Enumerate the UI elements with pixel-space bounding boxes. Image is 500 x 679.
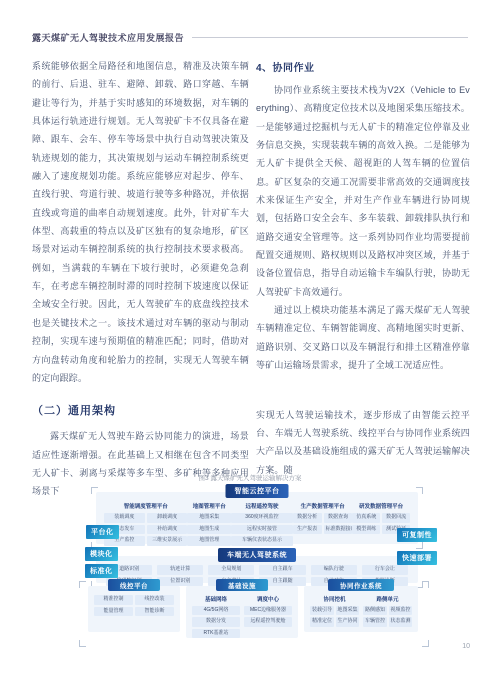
- diagram-item: 仿真系统: [352, 513, 380, 523]
- diagram-item: 地图采集: [187, 513, 231, 523]
- diagram-item: 能量管理: [94, 607, 133, 617]
- cloud-column-production-data: 生产数据管理平台 数据分析数据查询生产报表标准数据接口: [293, 502, 353, 546]
- column-title: 地图管理平台: [187, 502, 231, 510]
- coop-excavator-group: 协同挖机 装载引导地图采集精准定位生产协同: [310, 595, 359, 627]
- diagram-item: 三维实景展示: [147, 536, 188, 546]
- corner-bracket: [422, 640, 429, 647]
- column-items: 数据分析数据查询生产报表标准数据接口: [293, 513, 353, 534]
- diagram-item: 地图管理: [187, 536, 231, 546]
- diagram-item: 车辆仪表状态显示: [231, 536, 293, 546]
- corner-bracket: [416, 487, 423, 494]
- column-title: 生产数据管理平台: [293, 502, 353, 510]
- diagram-item: 远程实时接管: [231, 525, 293, 535]
- group-items: 路侧感知视频监控车辆管控状态监测: [363, 606, 412, 627]
- diagram-item: 行车会让: [362, 565, 408, 575]
- wire-control-title: 线控平台: [108, 579, 160, 591]
- diagram-item: 位置识别: [157, 577, 203, 587]
- section-heading-general-architecture: （二）通用架构: [32, 402, 249, 418]
- infrastructure-network-group: 基础网络 4G/5G网络数据分发RTK基准站: [192, 595, 240, 638]
- diagram-item: 360度环视监控: [231, 513, 293, 523]
- corner-bracket: [79, 581, 86, 588]
- cloud-platform-title: 智能云控平台: [226, 484, 289, 498]
- badge-standardization: 标准化: [85, 564, 118, 578]
- diagram-item: 编队行驶: [311, 565, 357, 575]
- column-items: 360度环视监控远程实时接管车辆仪表状态显示: [231, 513, 293, 546]
- corner-bracket: [91, 487, 98, 494]
- coop-roadside-unit-group: 路侧单元 路侧感知视频监控车辆管控状态监测: [363, 595, 412, 627]
- group-items: 4G/5G网络数据分发RTK基准站: [192, 606, 240, 639]
- diagram-item: RTK基准站: [192, 629, 240, 639]
- diagram-item: 装载调度: [104, 513, 145, 523]
- group-title: 协同挖机: [310, 595, 359, 603]
- vehicle-system-title: 车端无人驾驶系统: [218, 548, 296, 562]
- corner-bracket: [416, 542, 423, 549]
- group-title: 调度中心: [244, 595, 292, 603]
- badge-platformization: 平台化: [86, 525, 119, 539]
- diagram-item: 轨迹计算: [157, 565, 203, 575]
- paragraph-solution-formation: 实现无人驾驶运输技术，逐步形成了由智能云控平台、车端无人驾驶系统、线控平台与协同…: [256, 406, 470, 479]
- infrastructure-dispatch-center-group: 调度中心 MEC边缘服务器远程遥控驾驶舱: [244, 595, 292, 638]
- badge-rapid-deployment: 快速部署: [397, 551, 437, 565]
- report-title: 露天煤矿无人驾驶技术应用发展报告: [32, 31, 184, 44]
- bottom-row: 线控平台 精准控制线控改装能量管理智能诊断 基础设施 基础网络 4G/5G网络数…: [84, 586, 424, 642]
- group-items: 装载引导地图采集精准定位生产协同: [310, 606, 359, 627]
- diagram-item: 生产协同: [336, 617, 360, 627]
- group-title: 路侧单元: [363, 595, 412, 603]
- wire-control-panel: 线控平台 精准控制线控改装能量管理智能诊断: [88, 586, 180, 632]
- diagram-item: 精准控制: [94, 595, 133, 605]
- group-items: MEC边缘服务器远程遥控驾驶舱: [244, 606, 292, 627]
- column-items: 地图采集地图生成地图管理: [187, 513, 231, 546]
- diagram-item: MEC边缘服务器: [244, 606, 292, 616]
- diagram-item: 远程遥控驾驶舱: [244, 617, 292, 627]
- diagram-item: 精准定位: [310, 617, 334, 627]
- wire-control-items: 精准控制线控改装能量管理智能诊断: [94, 595, 174, 616]
- cloud-platform-columns: 智能调度管理平台 装载调度卸载调度动态发车补给调度生产监控三维实景展示 地图管理…: [96, 492, 418, 550]
- diagram-item: 模型训练: [352, 525, 380, 535]
- badge-replicability: 可复制性: [397, 528, 437, 542]
- header-rule: [192, 37, 468, 38]
- badge-modularization: 模块化: [85, 547, 118, 561]
- diagram-item: 补给调度: [147, 525, 188, 535]
- paragraph-architecture-intro: 露天煤矿无人驾驶车路云协同能力的演进，场景适应性逐渐增强。在此基础上又相继在包含…: [32, 427, 249, 500]
- diagram-item: 4G/5G网络: [192, 606, 240, 616]
- group-title: 基础网络: [192, 595, 240, 603]
- diagram-item: 数据分发: [192, 617, 240, 627]
- corner-bracket: [422, 581, 429, 588]
- diagram-item: 数据分析: [293, 513, 322, 523]
- diagram-item: 车辆管控: [363, 617, 387, 627]
- diagram-item: 生产报表: [293, 525, 322, 535]
- diagram-item: 自主跟车: [259, 565, 305, 575]
- paragraph-module-summary: 通过以上模块功能基本满足了露天煤矿无人驾驶车辆精准定位、车辆智能调度、高精地图实…: [256, 301, 470, 374]
- diagram-item: 智能诊断: [135, 607, 174, 617]
- paragraph-vehicle-control: 系统能够依据全局路径和地图信息，精准及决策车辆的前行、后退、驻车、避障、卸载、路…: [32, 57, 249, 387]
- diagram-item: 标准数据接口: [324, 525, 353, 535]
- column-title: 研发数据管理平台: [352, 502, 410, 510]
- diagram-item: 状态监测: [389, 617, 413, 627]
- diagram-item: 路侧感知: [363, 606, 387, 616]
- page-number: 10: [462, 643, 470, 650]
- diagram-item: 线控改装: [135, 595, 174, 605]
- paragraph-collaborative-operation: 协同作业系统主要技术栈为V2X（Vehicle to Everything）、高…: [256, 81, 470, 301]
- infrastructure-title: 基础设施: [216, 579, 268, 591]
- left-column: 系统能够依据全局路径和地图信息，精准及决策车辆的前行、后退、驻车、避障、卸载、路…: [32, 57, 249, 501]
- diagram-item: 数据回流: [382, 513, 410, 523]
- document-page: 露天煤矿无人驾驶技术应用发展报告 系统能够依据全局路径和地图信息，精准及决策车辆…: [0, 0, 500, 679]
- cloud-platform-panel: 智能云控平台 智能调度管理平台 装载调度卸载调度动态发车补给调度生产监控三维实景…: [96, 492, 418, 544]
- diagram-item: 装载引导: [310, 606, 334, 616]
- diagram-item: 地图生成: [187, 525, 231, 535]
- infrastructure-panel: 基础设施 基础网络 4G/5G网络数据分发RTK基准站 调度中心 MEC边缘服务…: [186, 586, 298, 638]
- corner-bracket: [79, 640, 86, 647]
- right-column: 4、协同作业 协同作业系统主要技术栈为V2X（Vehicle to Everyt…: [256, 57, 470, 479]
- coop-system-title: 协同作业系统: [328, 579, 394, 591]
- figure-caption: 图3 露天煤矿无人驾驶运输解决方案: [0, 473, 500, 482]
- diagram-item: 数据查询: [324, 513, 353, 523]
- diagram-item: 地图采集: [336, 606, 360, 616]
- diagram-item: 视频监控: [389, 606, 413, 616]
- section-heading-collaborative-operation: 4、协同作业: [256, 59, 470, 74]
- page-header: 露天煤矿无人驾驶技术应用发展报告: [32, 31, 468, 44]
- cloud-column-remote-driving: 远程遥控驾驶 360度环视监控远程实时接管车辆仪表状态显示: [231, 502, 293, 546]
- diagram-item: 卸载调度: [147, 513, 188, 523]
- coop-system-panel: 协同作业系统 协同挖机 装载引导地图采集精准定位生产协同 路侧单元 路侧感知视频…: [304, 586, 418, 632]
- column-title: 远程遥控驾驶: [231, 502, 293, 510]
- column-title: 智能调度管理平台: [104, 502, 187, 510]
- cloud-column-map: 地图管理平台 地图采集地图生成地图管理: [187, 502, 231, 546]
- diagram-item: 全局规划: [208, 565, 254, 575]
